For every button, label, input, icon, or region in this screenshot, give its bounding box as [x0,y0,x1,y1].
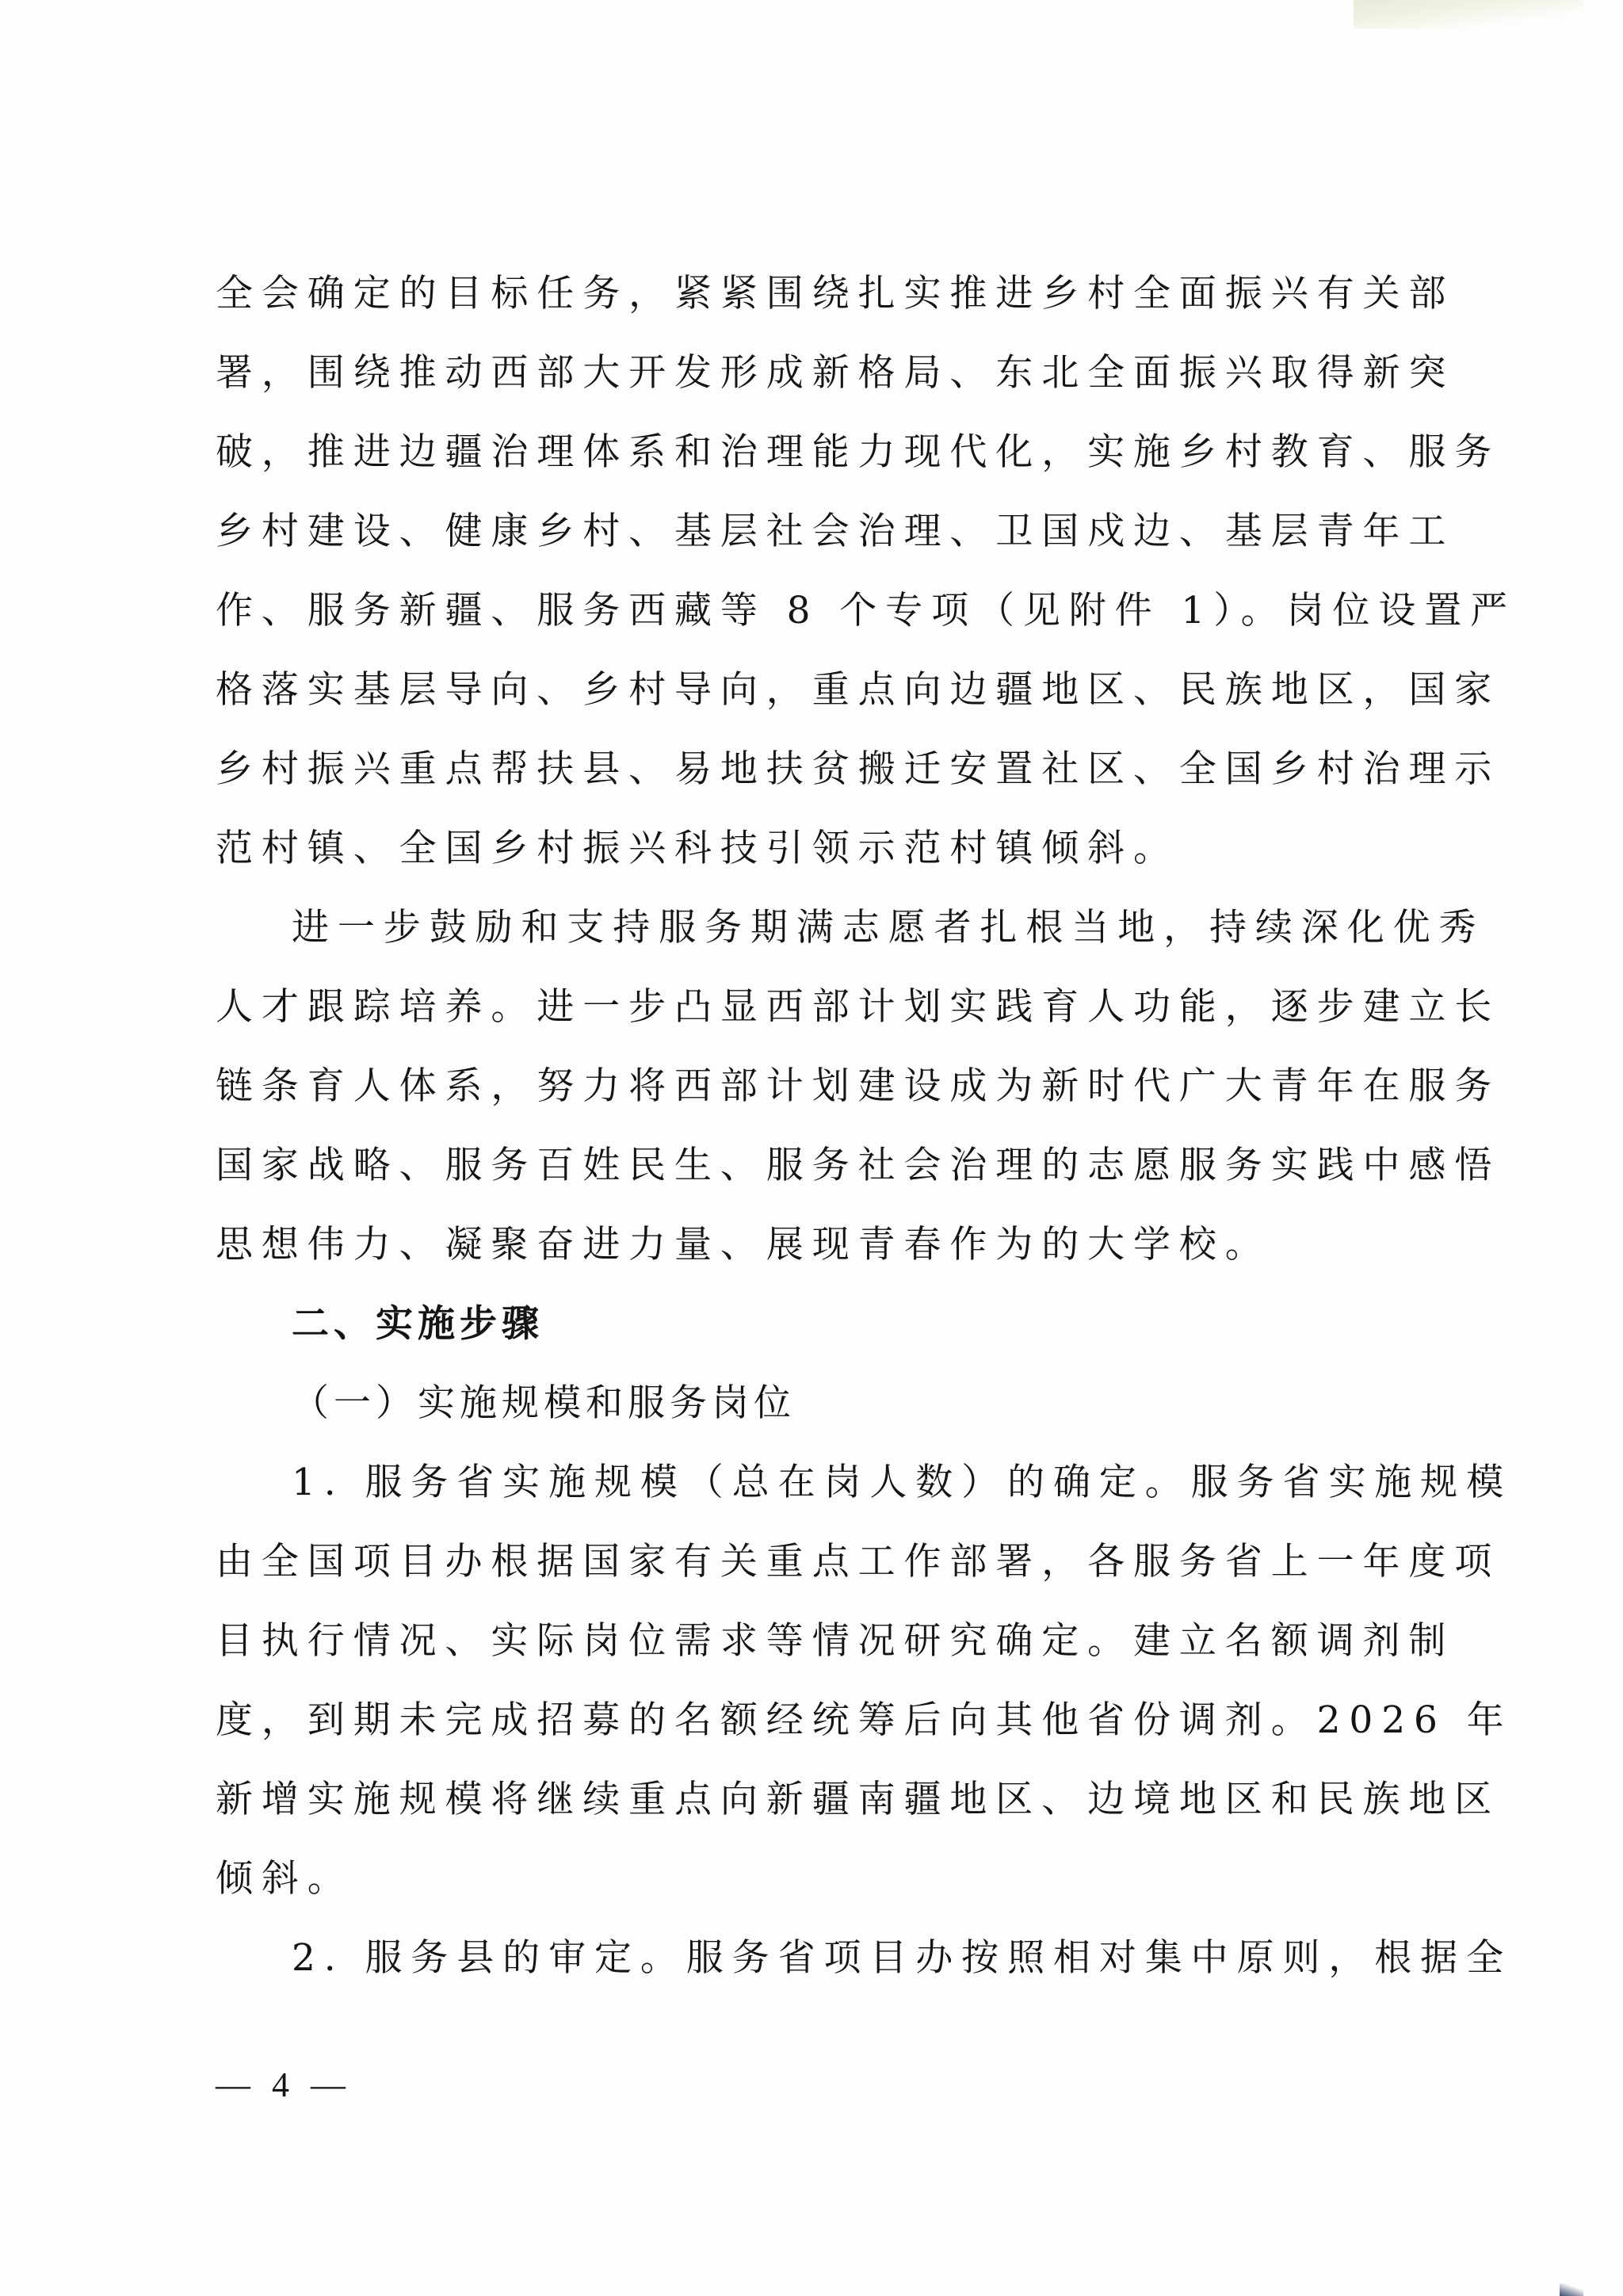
document-body: 全会确定的目标任务，紧紧围绕扎实推进乡村全面振兴有关部 署，围绕推动西部大开发形… [216,265,1408,2008]
text-line: 链条育人体系，努力将西部计划建设成为新时代广大青年在服务 [216,1057,1408,1137]
subsection-heading: （一）实施规模和服务岗位 [216,1374,1408,1454]
text-line: 国家战略、服务百姓民生、服务社会治理的志愿服务实践中感悟 [216,1137,1408,1216]
text-line: 人才跟踪培养。进一步凸显西部计划实践育人功能，逐步建立长 [216,978,1408,1057]
paragraph-2: 进一步鼓励和支持服务期满志愿者扎根当地，持续深化优秀 人才跟踪培养。进一步凸显西… [216,899,1408,1295]
text-line: 范村镇、全国乡村振兴科技引领示范村镇倾斜。 [216,819,1408,899]
text-line: 1. 服务省实施规模（总在岗人数）的确定。服务省实施规模 [216,1454,1408,1533]
text-line: 进一步鼓励和支持服务期满志愿者扎根当地，持续深化优秀 [216,899,1408,978]
text-line: 署，围绕推动西部大开发形成新格局、东北全面振兴取得新突 [216,344,1408,423]
text-line: 由全国项目办根据国家有关重点工作部署，各服务省上一年度项 [216,1533,1408,1612]
scan-corner-artifact-bottom [1560,2283,1583,2296]
text-line: 新增实施规模将继续重点向新疆南疆地区、边境地区和民族地区 [216,1771,1408,1850]
document-page: 全会确定的目标任务，紧紧围绕扎实推进乡村全面振兴有关部 署，围绕推动西部大开发形… [0,0,1623,2296]
text-line: 倾斜。 [216,1850,1408,1929]
item-2-paragraph: 2. 服务县的审定。服务省项目办按照相对集中原则，根据全 [216,1929,1408,2008]
text-line: 乡村建设、健康乡村、基层社会治理、卫国戍边、基层青年工 [216,502,1408,582]
page-number: — 4 — [216,2065,352,2105]
text-line: 格落实基层导向、乡村导向，重点向边疆地区、民族地区，国家 [216,661,1408,740]
section-heading: 二、实施步骤 [216,1295,1408,1374]
text-line: 度，到期未完成招募的名额经统筹后向其他省份调剂。2026 年 [216,1691,1408,1771]
scan-corner-artifact [1354,0,1583,29]
text-line: 2. 服务县的审定。服务省项目办按照相对集中原则，根据全 [216,1929,1408,2008]
text-line: 乡村振兴重点帮扶县、易地扶贫搬迁安置社区、全国乡村治理示 [216,740,1408,819]
item-1-paragraph: 1. 服务省实施规模（总在岗人数）的确定。服务省实施规模 由全国项目办根据国家有… [216,1454,1408,1929]
text-line: 破，推进边疆治理体系和治理能力现代化，实施乡村教育、服务 [216,423,1408,502]
text-line: 作、服务新疆、服务西藏等 8 个专项（见附件 1）。岗位设置严 [216,582,1408,661]
text-line: 全会确定的目标任务，紧紧围绕扎实推进乡村全面振兴有关部 [216,265,1408,344]
text-line: 思想伟力、凝聚奋进力量、展现青春作为的大学校。 [216,1216,1408,1295]
text-line: 目执行情况、实际岗位需求等情况研究确定。建立名额调剂制 [216,1612,1408,1691]
paragraph-1: 全会确定的目标任务，紧紧围绕扎实推进乡村全面振兴有关部 署，围绕推动西部大开发形… [216,265,1408,899]
